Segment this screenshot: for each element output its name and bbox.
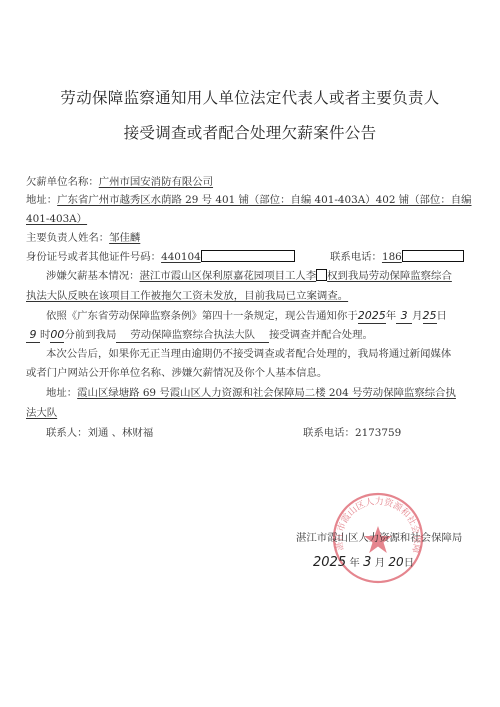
case-summary-label: 涉嫌欠薪基本情况： [46,270,140,282]
notice-text-b: 分前到我局 [64,329,116,341]
id-redaction-box [201,250,295,262]
notice-paragraph-row: 依照《广东省劳动保障监察条例》第四十一条规定，现公告通知你于2025年3月25日 [46,309,447,324]
employer-phone-value: 186 [382,251,402,263]
office-name: 劳动保障监察综合执法大队 [116,328,269,343]
id-value: 440104 [161,251,201,263]
contact-phone-value: 2173759 [355,427,401,439]
deadline-minute: 00 [50,328,64,343]
notice-text-a: 依照《广东省劳动保障监察条例》第四十一条规定，现公告通知你于 [46,310,358,322]
case-summary-text-a: 湛江市霞山区保利原嘉花园项目工人李 [140,270,317,282]
consequence-row: 本次公告后，如果你无正当理由逾期仍不接受调查或者配合处理的，我局将通过新闻媒体 [46,347,451,361]
month-unit: 月 [412,310,422,322]
employer-phone-label: 联系电话： [330,251,382,263]
issue-year: 2025 [313,555,346,570]
day-unit: 日 [437,310,447,322]
case-summary-row: 涉嫌欠薪基本情况：湛江市霞山区保利原嘉花园项目工人李权到我局劳动保障监察综合 [46,269,452,283]
contact-people-value: 刘通 、林财福 [88,427,154,439]
deadline-year: 2025 [358,309,386,324]
consequence-row-2: 或者门户网站公开你单位名称、涉嫌欠薪情况及你个人基本信息。 [26,366,327,380]
issue-date: 2025 年 3 月 20日 [313,555,414,570]
employer-id-row: 身份证号或者其他证件号码：440104 [26,250,295,264]
issue-month: 3 [363,555,371,570]
deadline-day: 25 [423,309,437,324]
contact-address-value: 霞山区绿塘路 69 号霞山区人力资源和社会保障局二楼 204 号劳动保障监察综合… [77,387,456,399]
contact-phone-label: 联系电话： [303,427,355,439]
contact-address-value-cont: 法大队 [26,407,57,419]
case-summary-text-c: 执法大队反映在该项目工作被拖欠工资未发放，目前我局已立案调查。 [26,290,348,302]
year-unit: 年 [386,310,396,322]
employer-person-row: 主要负责人姓名：邹佳麟 [26,231,140,245]
employer-address-row-2: 401-403A） [26,212,87,226]
employer-address-label: 地址： [26,194,57,206]
employer-address-row: 地址：广东省广州市越秀区水荫路 29 号 401 铺（部位：自编 401-403… [26,193,472,207]
contact-people-row: 联系人：刘通 、林财福 [46,426,153,440]
employer-address-value: 广东省广州市越秀区水荫路 29 号 401 铺（部位：自编 401-403A）4… [57,194,471,206]
contact-phone-row: 联系电话：2173759 [303,426,401,440]
issuing-agency: 湛江市霞山区人力资源和社会保障局 [296,531,462,545]
contact-people-label: 联系人： [46,427,88,439]
issue-month-unit: 月 [375,557,385,569]
contact-address-row: 地址：霞山区绿塘路 69 号霞山区人力资源和社会保障局二楼 204 号劳动保障监… [46,386,456,400]
person-label: 主要负责人姓名： [26,232,109,244]
employer-address-value-cont: 401-403A） [26,213,87,225]
employer-name-value: 广州市国安消防有限公司 [99,176,213,188]
notice-title-line1: 劳动保障监察通知用人单位法定代表人或者主要负责人 [0,86,500,108]
issue-day: 20 [388,555,403,569]
notice-text-c: 接受调查并配合处理。 [269,329,373,341]
hour-unit: 时 [40,329,50,341]
person-value: 邹佳麟 [109,232,140,244]
deadline-hour: 9 [26,328,40,343]
notice-title-line2: 接受调查或者配合处理欠薪案件公告 [0,121,500,143]
phone-redaction-box [402,250,464,262]
issue-year-unit: 年 [349,557,359,569]
notice-paragraph-row-2: 9时00分前到我局劳动保障监察综合执法大队接受调查并配合处理。 [26,328,373,343]
id-label: 身份证号或者其他证件号码： [26,251,161,263]
case-summary-text-b: 权到我局劳动保障监察综合 [327,270,452,282]
employer-phone-row: 联系电话：186 [330,250,464,264]
employer-name-label: 欠薪单位名称： [26,176,99,188]
contact-address-label: 地址： [46,387,77,399]
issue-day-unit: 日 [404,557,414,569]
deadline-month: 3 [396,309,412,324]
worker-name-redaction-box [316,269,327,281]
contact-address-row-2: 法大队 [26,406,57,420]
case-summary-row-2: 执法大队反映在该项目工作被拖欠工资未发放，目前我局已立案调查。 [26,289,348,303]
employer-name-row: 欠薪单位名称：广州市国安消防有限公司 [26,175,213,189]
